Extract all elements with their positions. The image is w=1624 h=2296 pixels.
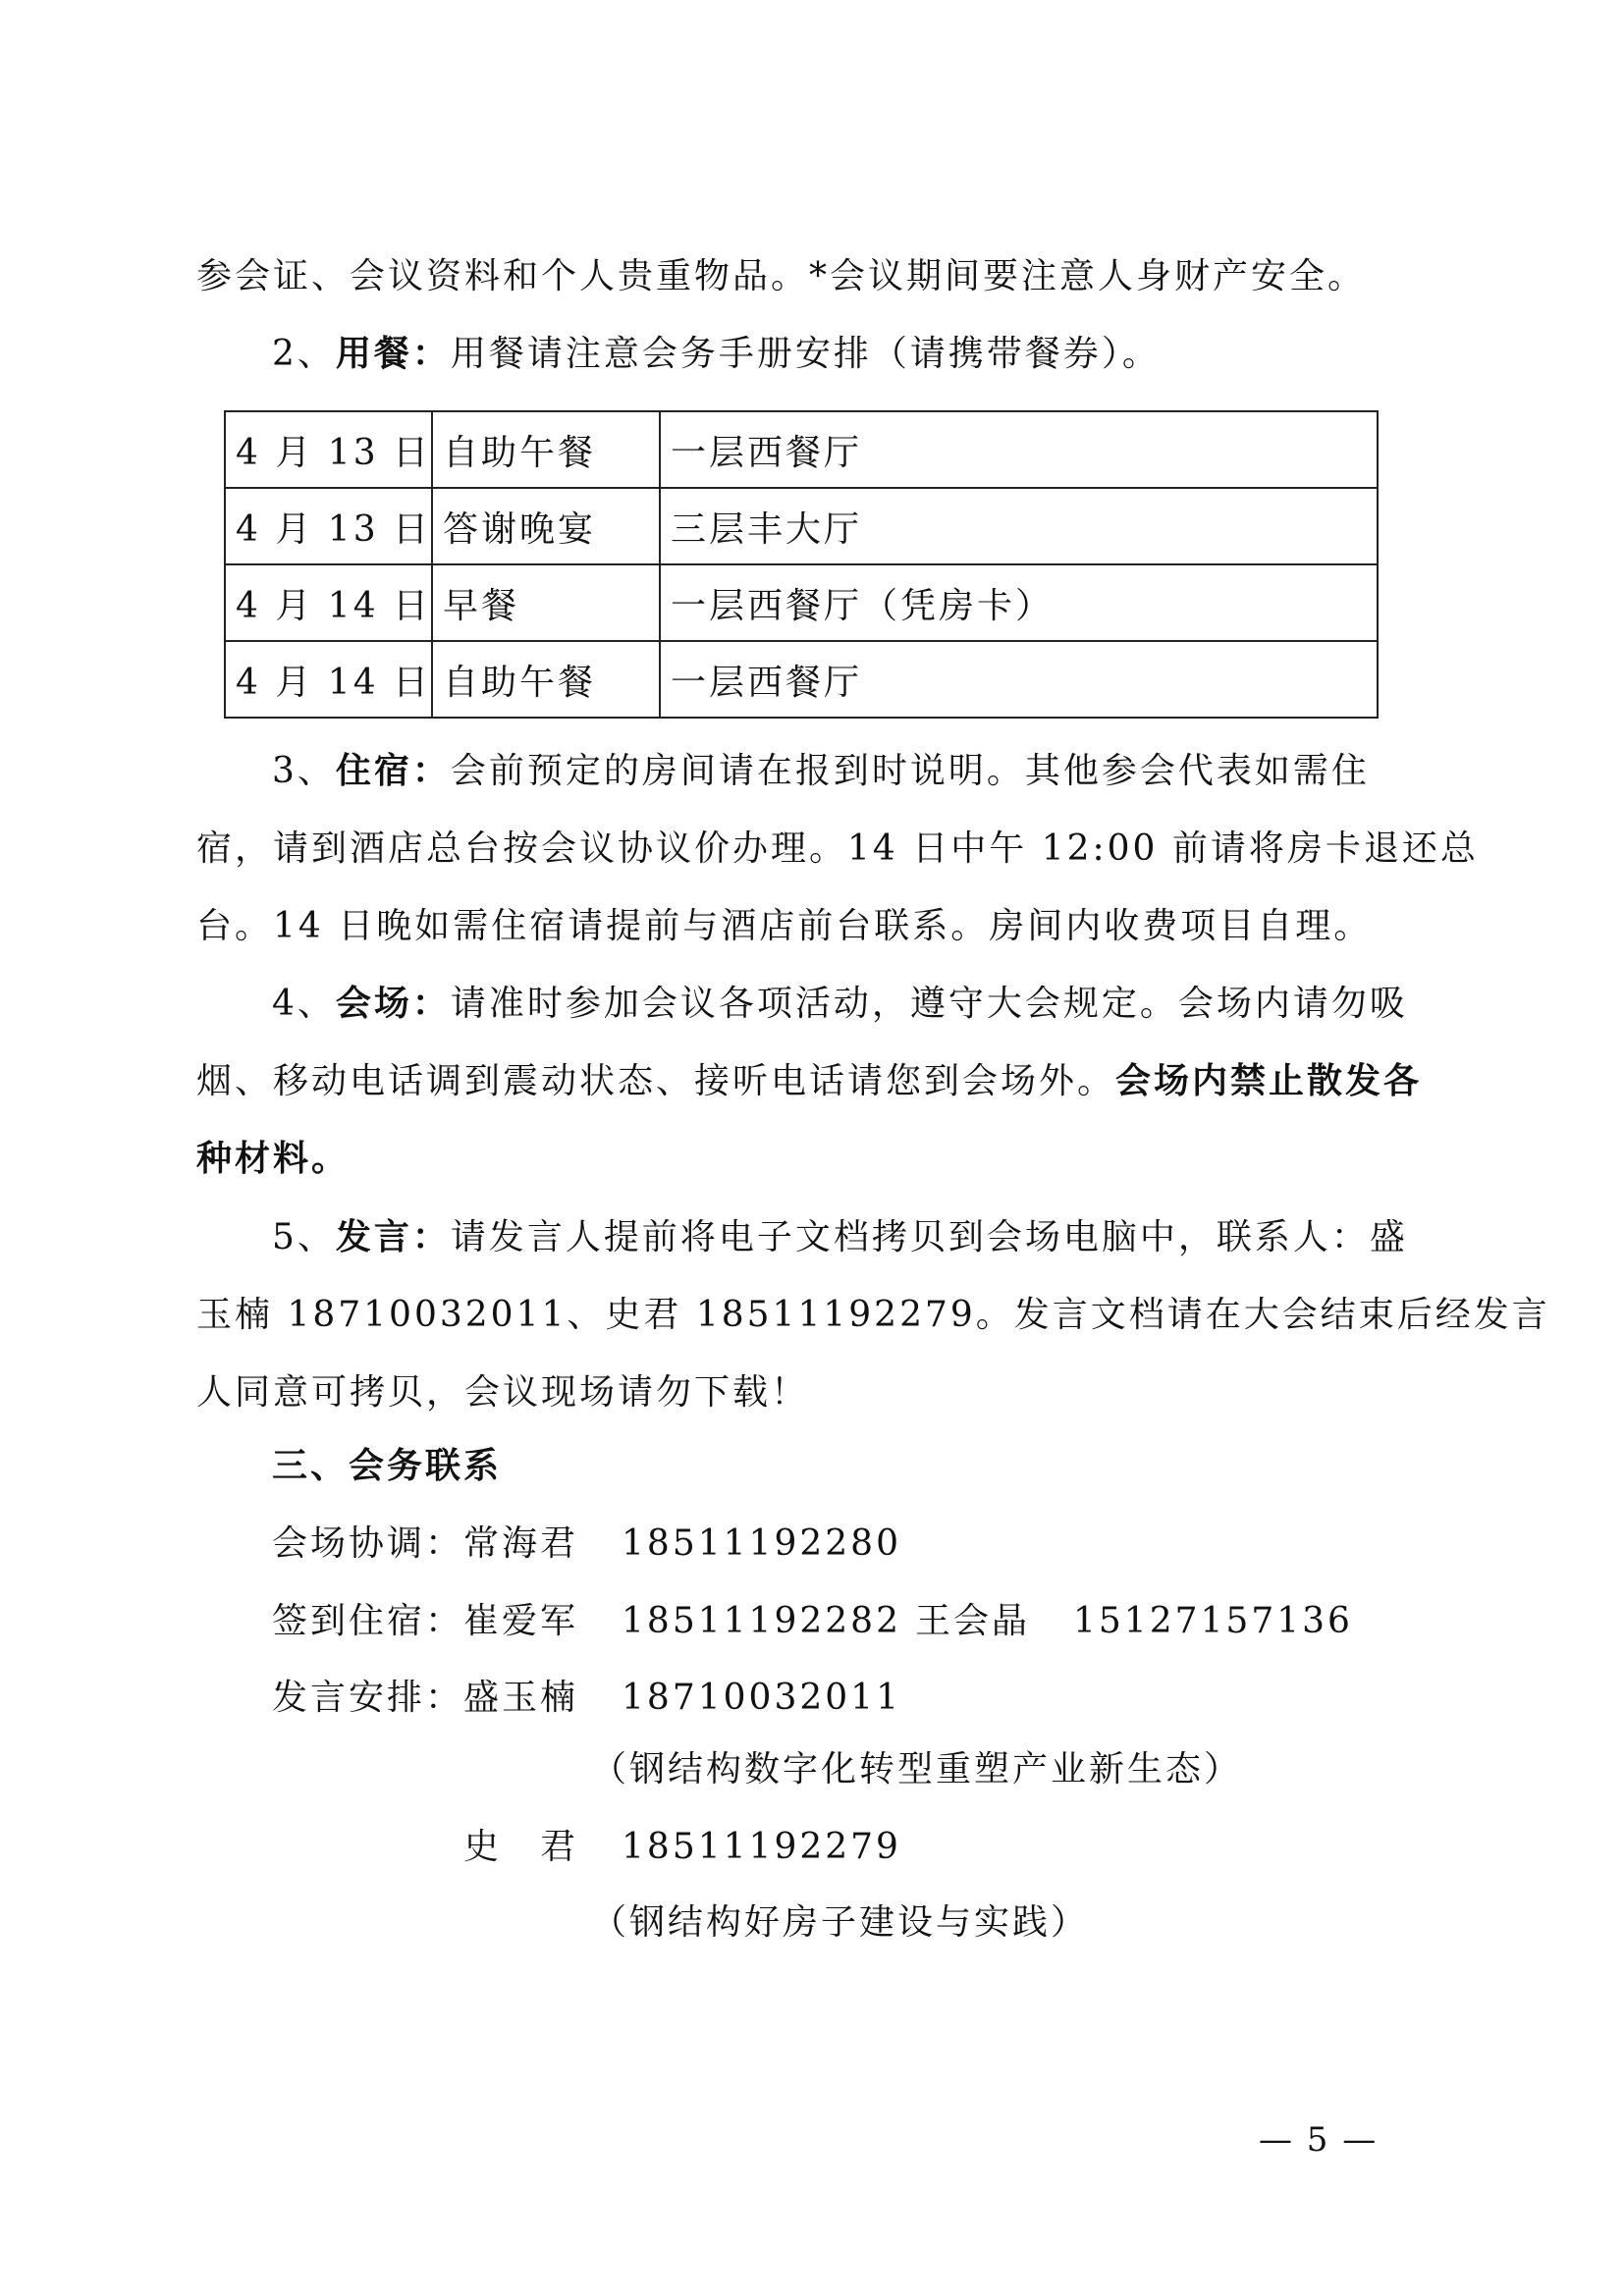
meal-paragraph: 2、用餐：用餐请注意会务手册安排（请携带餐券）。 — [272, 335, 1161, 374]
contact-venue-coord: 会场协调：常海君18511192280 — [272, 1524, 901, 1564]
speech-line-2: 玉楠 18710032011、史君 18511192279。发言文档请在大会结束… — [196, 1296, 1550, 1335]
meal-date: 4 月 14 日 — [225, 641, 432, 718]
venue-text: 请准时参加会议各项活动，遵守大会规定。会场内请勿吸 — [451, 984, 1408, 1024]
meal-schedule-table: 4 月 13 日 自助午餐 一层西餐厅 4 月 13 日 答谢晚宴 三层丰大厅 … — [224, 410, 1379, 719]
meal-location: 一层西餐厅 — [660, 641, 1378, 718]
contact-name: 史 君 — [463, 1827, 578, 1867]
lodging-text: 会前预定的房间请在报到时说明。其他参会代表如需住 — [451, 751, 1370, 791]
venue-number: 4、 — [272, 984, 336, 1024]
contacts-heading: 三、会务联系 — [272, 1447, 502, 1486]
lodging-line-2: 宿，请到酒店总台按会议协议价办理。14 日中午 12:00 前请将房卡退还总 — [196, 829, 1479, 869]
lodging-number: 3、 — [272, 751, 336, 791]
venue-heading: 会场： — [336, 984, 451, 1024]
contact-speech: 发言安排：盛玉楠18710032011 — [272, 1679, 901, 1718]
speech-heading: 发言： — [336, 1217, 451, 1257]
venue-warning: 会场内禁止散发各 — [1115, 1061, 1422, 1101]
meal-date: 4 月 13 日 — [225, 488, 432, 564]
speech-text: 请发言人提前将电子文档拷贝到会场电脑中，联系人：盛 — [451, 1217, 1408, 1257]
speech-line-3: 人同意可拷贝，会议现场请勿下载！ — [196, 1373, 809, 1413]
table-row: 4 月 14 日 自助午餐 一层西餐厅 — [225, 641, 1378, 718]
table-row: 4 月 14 日 早餐 一层西餐厅（凭房卡） — [225, 564, 1378, 641]
meal-type: 答谢晚宴 — [432, 488, 660, 564]
contact-name: 盛玉楠 — [463, 1678, 578, 1718]
contact-phone: 18511192282 — [622, 1601, 901, 1641]
contact-checkin: 签到住宿：崔爱军18511192282王会晶15127157136 — [272, 1602, 1353, 1641]
meal-location: 一层西餐厅 — [660, 411, 1378, 488]
meal-number: 2、 — [272, 334, 336, 374]
paragraph-continuation: 参会证、会议资料和个人贵重物品。*会议期间要注意人身财产安全。 — [196, 257, 1366, 296]
contact-phone: 18710032011 — [622, 1678, 901, 1718]
meal-location: 一层西餐厅（凭房卡） — [660, 564, 1378, 641]
speech-paragraph: 5、发言：请发言人提前将电子文档拷贝到会场电脑中，联系人：盛 — [272, 1218, 1408, 1257]
meal-type: 自助午餐 — [432, 411, 660, 488]
venue-line-2: 烟、移动电话调到震动状态、接听电话请您到会场外。会场内禁止散发各 — [196, 1062, 1422, 1101]
contact-label: 签到住宿： — [272, 1601, 463, 1641]
meal-heading: 用餐： — [336, 334, 451, 374]
speech-topic-2: （钢结构好房子建设与实践） — [591, 1903, 1089, 1943]
contact-name: 常海君 — [463, 1523, 578, 1564]
venue-paragraph: 4、会场：请准时参加会议各项活动，遵守大会规定。会场内请勿吸 — [272, 985, 1408, 1024]
contact-speech-2: 史 君18511192279 — [463, 1828, 901, 1867]
meal-text: 用餐请注意会务手册安排（请携带餐券）。 — [451, 334, 1161, 374]
contact-phone: 18511192280 — [622, 1523, 901, 1564]
contact-name: 崔爱军 — [463, 1601, 578, 1641]
meal-date: 4 月 13 日 — [225, 411, 432, 488]
contact-label: 发言安排： — [272, 1678, 463, 1718]
venue-line-2-text: 烟、移动电话调到震动状态、接听电话请您到会场外。 — [196, 1061, 1115, 1101]
contact-phone-2: 15127157136 — [1073, 1601, 1353, 1641]
speech-number: 5、 — [272, 1217, 336, 1257]
table-row: 4 月 13 日 自助午餐 一层西餐厅 — [225, 411, 1378, 488]
table-row: 4 月 13 日 答谢晚宴 三层丰大厅 — [225, 488, 1378, 564]
venue-warning-cont: 种材料。 — [196, 1140, 350, 1179]
lodging-line-3: 台。14 日晚如需住宿请提前与酒店前台联系。房间内收费项目自理。 — [196, 907, 1372, 946]
contact-label: 会场协调： — [272, 1523, 463, 1564]
meal-date: 4 月 14 日 — [225, 564, 432, 641]
lodging-paragraph: 3、住宿：会前预定的房间请在报到时说明。其他参会代表如需住 — [272, 752, 1370, 791]
meal-location: 三层丰大厅 — [660, 488, 1378, 564]
meal-type: 早餐 — [432, 564, 660, 641]
contact-phone: 18511192279 — [622, 1827, 901, 1867]
contact-name-2: 王会晶 — [915, 1601, 1030, 1641]
page-number: — 5 — — [1259, 2120, 1378, 2160]
meal-type: 自助午餐 — [432, 641, 660, 718]
speech-topic-1: （钢结构数字化转型重塑产业新生态） — [591, 1750, 1242, 1789]
lodging-heading: 住宿： — [336, 751, 451, 791]
